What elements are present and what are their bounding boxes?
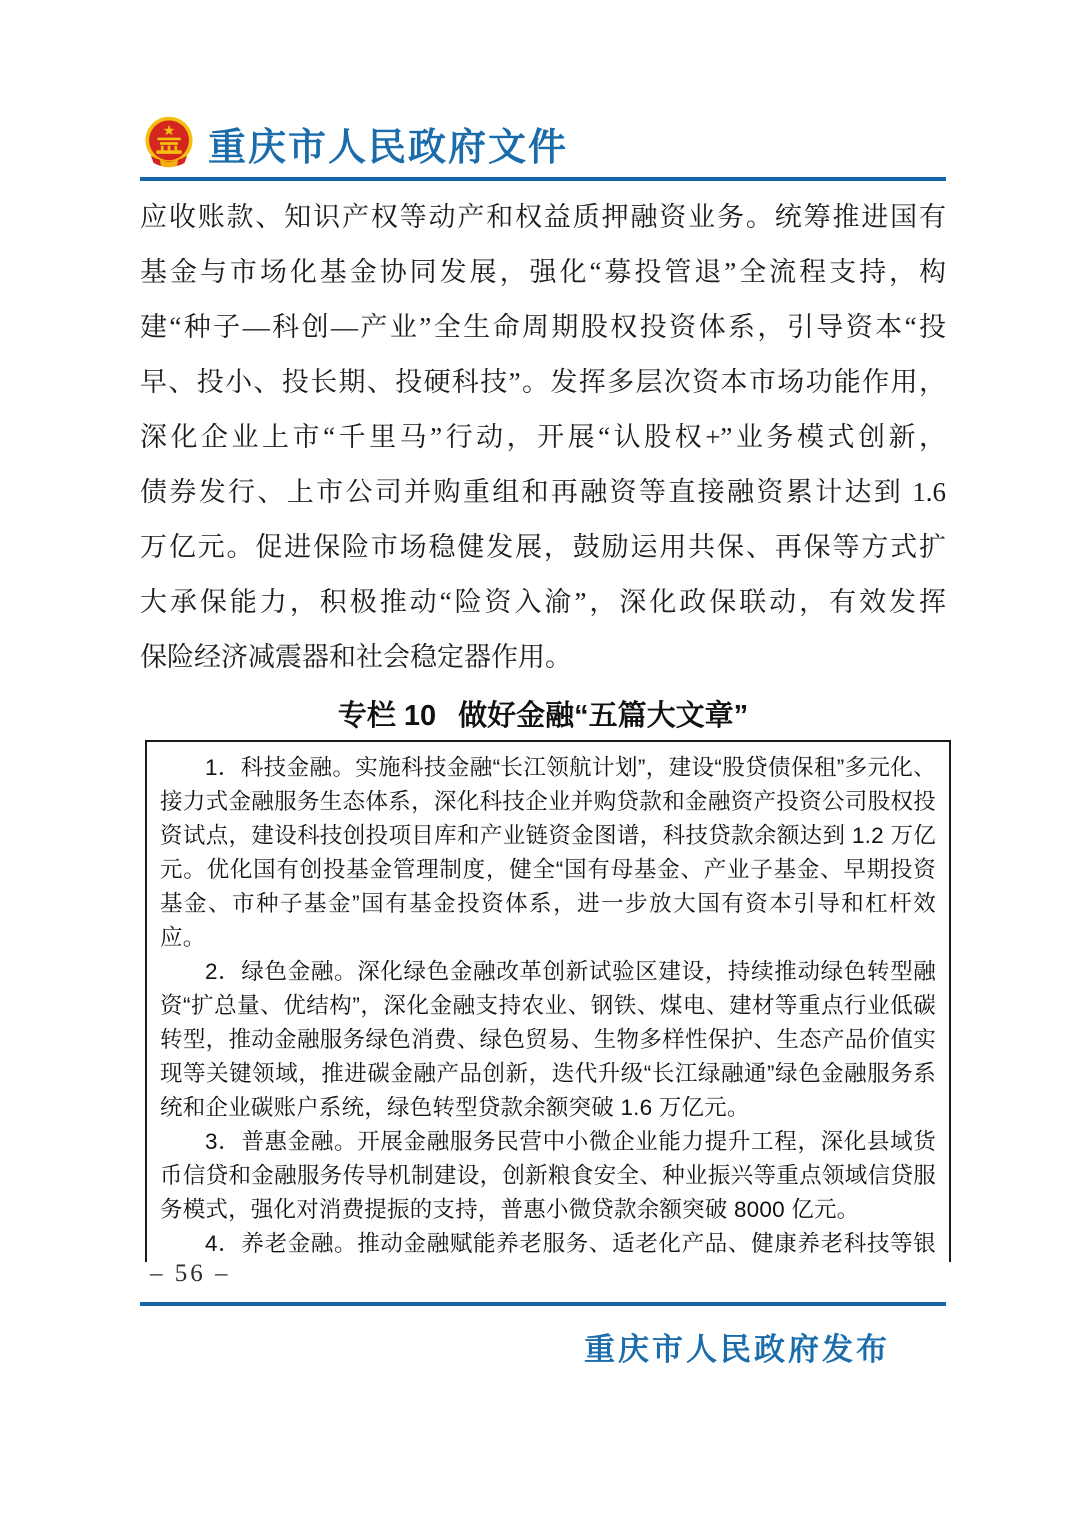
column-title: 做好金融“五篇大文章” — [458, 693, 748, 734]
body-line: 建“种子—科创—产业”全生命周期股权投资体系，引导资本“投 — [140, 300, 946, 355]
header-divider — [140, 177, 946, 181]
document-header-title: 重庆市人民政府文件 — [208, 116, 568, 171]
column-paragraph-inclusive-finance: 3．普惠金融。开展金融服务民营中小微企业能力提升工程，深化县域货币信贷和金融服务… — [160, 1125, 936, 1227]
column-heading: 专栏 10 做好金融“五篇大文章” — [140, 691, 946, 735]
national-emblem-icon — [140, 114, 198, 172]
body-line: 深化企业上市“千里马”行动，开展“认股权+”业务模式创新， — [140, 410, 946, 465]
body-text: 应收账款、知识产权等动产和权益质押融资业务。统筹推进国有 基金与市场化基金协同发… — [140, 190, 946, 685]
body-line: 应收账款、知识产权等动产和权益质押融资业务。统筹推进国有 — [140, 190, 946, 245]
document-page: 重庆市人民政府文件 应收账款、知识产权等动产和权益质押融资业务。统筹推进国有 基… — [0, 0, 1074, 1520]
body-line: 保险经济减震器和社会稳定器作用。 — [140, 630, 946, 685]
column-paragraph-pension-finance: 4．养老金融。推动金融赋能养老服务、适老化产品、健康养老科技等银发经济，鼓励金融… — [160, 1227, 936, 1262]
column-paragraph-tech-finance: 1．科技金融。实施科技金融“长江领航计划”，建设“股贷债保租”多元化、接力式金融… — [160, 751, 936, 955]
column-label: 专栏 10 — [338, 693, 436, 734]
footer-divider — [140, 1302, 946, 1306]
body-line: 大承保能力，积极推动“险资入渝”，深化政保联动，有效发挥 — [140, 575, 946, 630]
body-line: 早、投小、投长期、投硬科技”。发挥多层次资本市场功能作用， — [140, 355, 946, 410]
column-box: 1．科技金融。实施科技金融“长江领航计划”，建设“股贷债保租”多元化、接力式金融… — [145, 740, 951, 1262]
document-header: 重庆市人民政府文件 — [140, 112, 946, 174]
column-paragraph-green-finance: 2．绿色金融。深化绿色金融改革创新试验区建设，持续推动绿色转型融资“扩总量、优结… — [160, 955, 936, 1125]
body-line: 万亿元。促进保险市场稳健发展，鼓励运用共保、再保等方式扩 — [140, 520, 946, 575]
page-number: – 56 – — [150, 1260, 231, 1288]
body-line: 债券发行、上市公司并购重组和再融资等直接融资累计达到 1.6 — [140, 465, 946, 520]
publisher-line: 重庆市人民政府发布 — [140, 1324, 946, 1369]
body-line: 基金与市场化基金协同发展，强化“募投管退”全流程支持，构 — [140, 245, 946, 300]
